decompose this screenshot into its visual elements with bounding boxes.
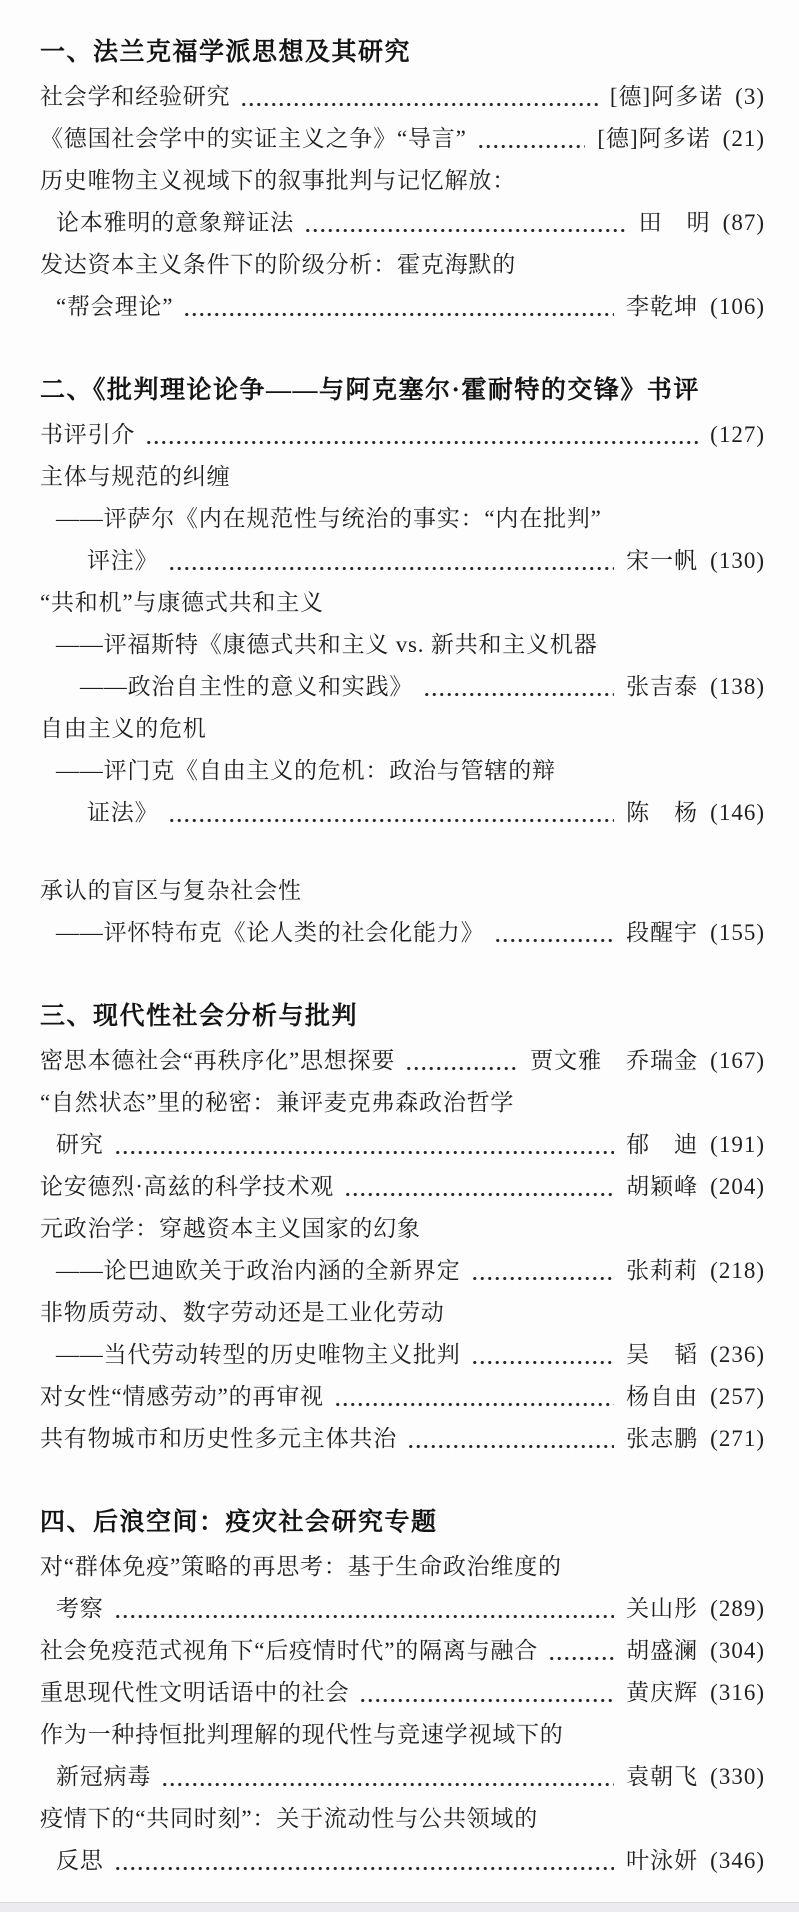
entry-author: 张志鹏 — [626, 1418, 698, 1460]
entry-title: ——评福斯特《康德式共和主义 vs. 新共和主义机器 — [56, 624, 598, 666]
entry-title: 疫情下的“共同时刻”：关于流动性与公共领域的 — [40, 1798, 538, 1840]
toc-entry-row: ——评福斯特《康德式共和主义 vs. 新共和主义机器 — [40, 624, 765, 666]
toc-entry-row: 评注》宋一帆(130) — [40, 540, 765, 582]
entry-title: 历史唯物主义视域下的叙事批判与记忆解放： — [40, 160, 516, 202]
entry-title: “自然状态”里的秘密：兼评麦克弗森政治哲学 — [40, 1082, 514, 1124]
entry-author: 黄庆辉 — [626, 1672, 698, 1714]
entry-page-number: (155) — [710, 912, 765, 954]
toc-entry-row: 书评引介(127) — [40, 414, 765, 456]
entry-author: 贾文雅 乔瑞金 — [530, 1040, 698, 1082]
entry-page-number: (289) — [710, 1588, 765, 1630]
entry-title: “共和机”与康德式共和主义 — [40, 582, 324, 624]
toc-entry-row: 《德国社会学中的实证主义之争》“导言”[德]阿多诺(21) — [40, 118, 765, 160]
entry-author: 吴 韬 — [626, 1334, 698, 1376]
toc-entry-row: 历史唯物主义视域下的叙事批判与记忆解放： — [40, 160, 765, 202]
entry-title: ——评门克《自由主义的危机：政治与管辖的辩 — [56, 750, 556, 792]
entry-title: 评注》 — [87, 540, 158, 582]
toc-entry-row: 对女性“情感劳动”的再审视杨自由(257) — [40, 1376, 765, 1418]
entry-title: 发达资本主义条件下的阶级分析：霍克海默的 — [40, 244, 516, 286]
entry-title: ——评萨尔《内在规范性与统治的事实：“内在批判” — [56, 498, 602, 540]
entry-page-number: (106) — [710, 286, 765, 328]
toc-entry-row: ——评门克《自由主义的危机：政治与管辖的辩 — [40, 750, 765, 792]
section-heading: 一、法兰克福学派思想及其研究 — [40, 30, 765, 76]
entry-title: ——评怀特布克《论人类的社会化能力》 — [56, 912, 484, 954]
entry-author: 袁朝飞 — [626, 1756, 698, 1798]
entry-author: 郁 迪 — [626, 1124, 698, 1166]
dot-leader — [145, 439, 698, 446]
entry-page-number: (167) — [710, 1040, 765, 1082]
entry-author: 关山彤 — [626, 1588, 698, 1630]
entry-page-number: (138) — [710, 666, 765, 708]
toc-entry-row: 作为一种持恒批判理解的现代性与竞速学视域下的 — [40, 1714, 765, 1756]
entry-page-number: (130) — [710, 540, 765, 582]
entry-title: 密思本德社会“再秩序化”思想探要 — [40, 1040, 395, 1082]
toc-entry-row: 密思本德社会“再秩序化”思想探要贾文雅 乔瑞金(167) — [40, 1040, 765, 1082]
dot-leader — [407, 1443, 614, 1450]
dot-leader — [161, 1781, 614, 1788]
dot-leader — [471, 1275, 615, 1282]
entry-author: 李乾坤 — [626, 286, 698, 328]
entry-author: 杨自由 — [626, 1376, 698, 1418]
entry-title: 考察 — [56, 1588, 104, 1630]
entry-title: 重思现代性文明话语中的社会 — [40, 1672, 349, 1714]
toc-page: 一、法兰克福学派思想及其研究社会学和经验研究[德]阿多诺(3)《德国社会学中的实… — [0, 0, 799, 1912]
entry-title: ——政治自主性的意义和实践》 — [80, 666, 413, 708]
entry-title: “帮会理论” — [56, 286, 173, 328]
entry-page-number: (87) — [723, 202, 765, 244]
entry-author: 宋一帆 — [626, 540, 698, 582]
entry-title: 论安德烈·高兹的科学技术观 — [40, 1166, 334, 1208]
dot-leader — [494, 937, 614, 944]
toc-entry-row: ——评怀特布克《论人类的社会化能力》段醒宇(155) — [40, 912, 765, 954]
toc-entry-row: ——论巴迪欧关于政治内涵的全新界定张莉莉(218) — [40, 1250, 765, 1292]
entry-author: 田 明 — [639, 202, 711, 244]
toc-entry-row: 重思现代性文明话语中的社会黄庆辉(316) — [40, 1672, 765, 1714]
entry-page-number: (218) — [710, 1250, 765, 1292]
toc-section-3: 三、现代性社会分析与批判密思本德社会“再秩序化”思想探要贾文雅 乔瑞金(167)… — [40, 994, 765, 1460]
entry-page-number: (21) — [723, 118, 765, 160]
entry-title: 承认的盲区与复杂社会性 — [40, 870, 302, 912]
entry-author: 叶泳妍 — [626, 1840, 698, 1882]
entry-page-number: (257) — [710, 1376, 765, 1418]
entry-page-number: (3) — [735, 76, 765, 118]
toc-entry-row: 发达资本主义条件下的阶级分析：霍克海默的 — [40, 244, 765, 286]
entry-title: 对女性“情感劳动”的再审视 — [40, 1376, 324, 1418]
entry-page-number: (204) — [710, 1166, 765, 1208]
entry-page-number: (330) — [710, 1756, 765, 1798]
entry-author: [德]阿多诺 — [597, 118, 710, 160]
toc-entry-row: ——当代劳动转型的历史唯物主义批判吴 韬(236) — [40, 1334, 765, 1376]
toc-entry-row: ——评萨尔《内在规范性与统治的事实：“内在批判” — [40, 498, 765, 540]
entry-title: 《德国社会学中的实证主义之争》“导言” — [40, 118, 467, 160]
entry-title: ——论巴迪欧关于政治内涵的全新界定 — [56, 1250, 461, 1292]
entry-author: [德]阿多诺 — [610, 76, 723, 118]
entry-title: 社会免疫范式视角下“后疫情时代”的隔离与融合 — [40, 1630, 538, 1672]
entry-title: 自由主义的危机 — [40, 708, 207, 750]
entry-page-number: (316) — [710, 1672, 765, 1714]
toc-entry-row: 疫情下的“共同时刻”：关于流动性与公共领域的 — [40, 1798, 765, 1840]
entry-author: 张莉莉 — [626, 1250, 698, 1292]
toc-entry-row: 非物质劳动、数字劳动还是工业化劳动 — [40, 1292, 765, 1334]
dot-leader — [405, 1065, 518, 1072]
dot-leader — [548, 1655, 614, 1662]
entry-title: 作为一种持恒批判理解的现代性与竞速学视域下的 — [40, 1714, 564, 1756]
toc-entry-row: 反思叶泳妍(346) — [40, 1840, 765, 1882]
dot-leader — [344, 1191, 614, 1198]
toc-entry-row: 主体与规范的纠缠 — [40, 456, 765, 498]
dot-leader — [240, 101, 597, 108]
entry-page-number: (146) — [710, 792, 765, 834]
dot-leader — [334, 1401, 614, 1408]
section-heading: 三、现代性社会分析与批判 — [40, 994, 765, 1040]
entry-title: 元政治学：穿越资本主义国家的幻象 — [40, 1208, 421, 1250]
entry-title: 反思 — [56, 1840, 104, 1882]
entry-page-number: (346) — [710, 1840, 765, 1882]
entry-title: 对“群体免疫”策略的再思考：基于生命政治维度的 — [40, 1546, 562, 1588]
entry-author: 段醒宇 — [626, 912, 698, 954]
toc-sections: 一、法兰克福学派思想及其研究社会学和经验研究[德]阿多诺(3)《德国社会学中的实… — [40, 30, 765, 1882]
toc-entry-row: “自然状态”里的秘密：兼评麦克弗森政治哲学 — [40, 1082, 765, 1124]
entry-page-number: (236) — [710, 1334, 765, 1376]
entry-title: 证法》 — [87, 792, 158, 834]
toc-entry-row: 证法》陈 杨(146) — [40, 792, 765, 834]
toc-entry-row: 新冠病毒袁朝飞(330) — [40, 1756, 765, 1798]
dot-leader — [114, 1149, 615, 1156]
section-heading: 四、后浪空间：疫灾社会研究专题 — [40, 1500, 765, 1546]
toc-section-2: 二、《批判理论论争——与阿克塞尔·霍耐特的交锋》书评书评引介(127)主体与规范… — [40, 368, 765, 954]
entry-author: 陈 杨 — [626, 792, 698, 834]
entry-page-number: (127) — [710, 414, 765, 456]
entry-author: 胡盛澜 — [626, 1630, 698, 1672]
entry-title: 书评引介 — [40, 414, 135, 456]
dot-leader — [304, 227, 627, 234]
entry-title: ——当代劳动转型的历史唯物主义批判 — [56, 1334, 461, 1376]
section-heading: 二、《批判理论论争——与阿克塞尔·霍耐特的交锋》书评 — [40, 368, 765, 414]
entry-author: 胡颖峰 — [626, 1166, 698, 1208]
entry-page-number: (271) — [710, 1418, 765, 1460]
toc-entry-row: 元政治学：穿越资本主义国家的幻象 — [40, 1208, 765, 1250]
entry-title: 研究 — [56, 1124, 104, 1166]
entry-title: 非物质劳动、数字劳动还是工业化劳动 — [40, 1292, 445, 1334]
page-bottom-edge — [0, 1902, 799, 1912]
toc-entry-row: 论安德烈·高兹的科学技术观胡颖峰(204) — [40, 1166, 765, 1208]
toc-entry-row: 共有物城市和历史性多元主体共治张志鹏(271) — [40, 1418, 765, 1460]
entry-title: 新冠病毒 — [56, 1756, 151, 1798]
toc-entry-row: 社会免疫范式视角下“后疫情时代”的隔离与融合胡盛澜(304) — [40, 1630, 765, 1672]
toc-entry-row: 考察关山彤(289) — [40, 1588, 765, 1630]
toc-section-4: 四、后浪空间：疫灾社会研究专题对“群体免疫”策略的再思考：基于生命政治维度的考察… — [40, 1500, 765, 1882]
toc-entry-row: 研究郁 迪(191) — [40, 1124, 765, 1166]
toc-entry-row: ——政治自主性的意义和实践》张吉泰(138) — [40, 666, 765, 708]
dot-leader — [471, 1359, 615, 1366]
entry-title: 共有物城市和历史性多元主体共治 — [40, 1418, 397, 1460]
toc-entry-row: “共和机”与康德式共和主义 — [40, 582, 765, 624]
dot-leader — [359, 1697, 614, 1704]
toc-entry-row: 论本雅明的意象辩证法田 明(87) — [40, 202, 765, 244]
entry-page-number: (191) — [710, 1124, 765, 1166]
dot-leader — [183, 311, 614, 318]
toc-section-1: 一、法兰克福学派思想及其研究社会学和经验研究[德]阿多诺(3)《德国社会学中的实… — [40, 30, 765, 328]
entry-title: 主体与规范的纠缠 — [40, 456, 230, 498]
toc-entry-row: 自由主义的危机 — [40, 708, 765, 750]
dot-leader — [423, 691, 614, 698]
entry-page-number: (304) — [710, 1630, 765, 1672]
dot-leader — [114, 1613, 615, 1620]
toc-entry-row: 承认的盲区与复杂社会性 — [40, 870, 765, 912]
dot-leader — [477, 143, 586, 150]
entry-title: 论本雅明的意象辩证法 — [56, 202, 294, 244]
dot-leader — [168, 817, 614, 824]
toc-entry-row: “帮会理论”李乾坤(106) — [40, 286, 765, 328]
toc-entry-row: 社会学和经验研究[德]阿多诺(3) — [40, 76, 765, 118]
dot-leader — [114, 1865, 615, 1872]
dot-leader — [168, 565, 614, 572]
entry-title: 社会学和经验研究 — [40, 76, 230, 118]
entry-author: 张吉泰 — [626, 666, 698, 708]
toc-entry-row: 对“群体免疫”策略的再思考：基于生命政治维度的 — [40, 1546, 765, 1588]
